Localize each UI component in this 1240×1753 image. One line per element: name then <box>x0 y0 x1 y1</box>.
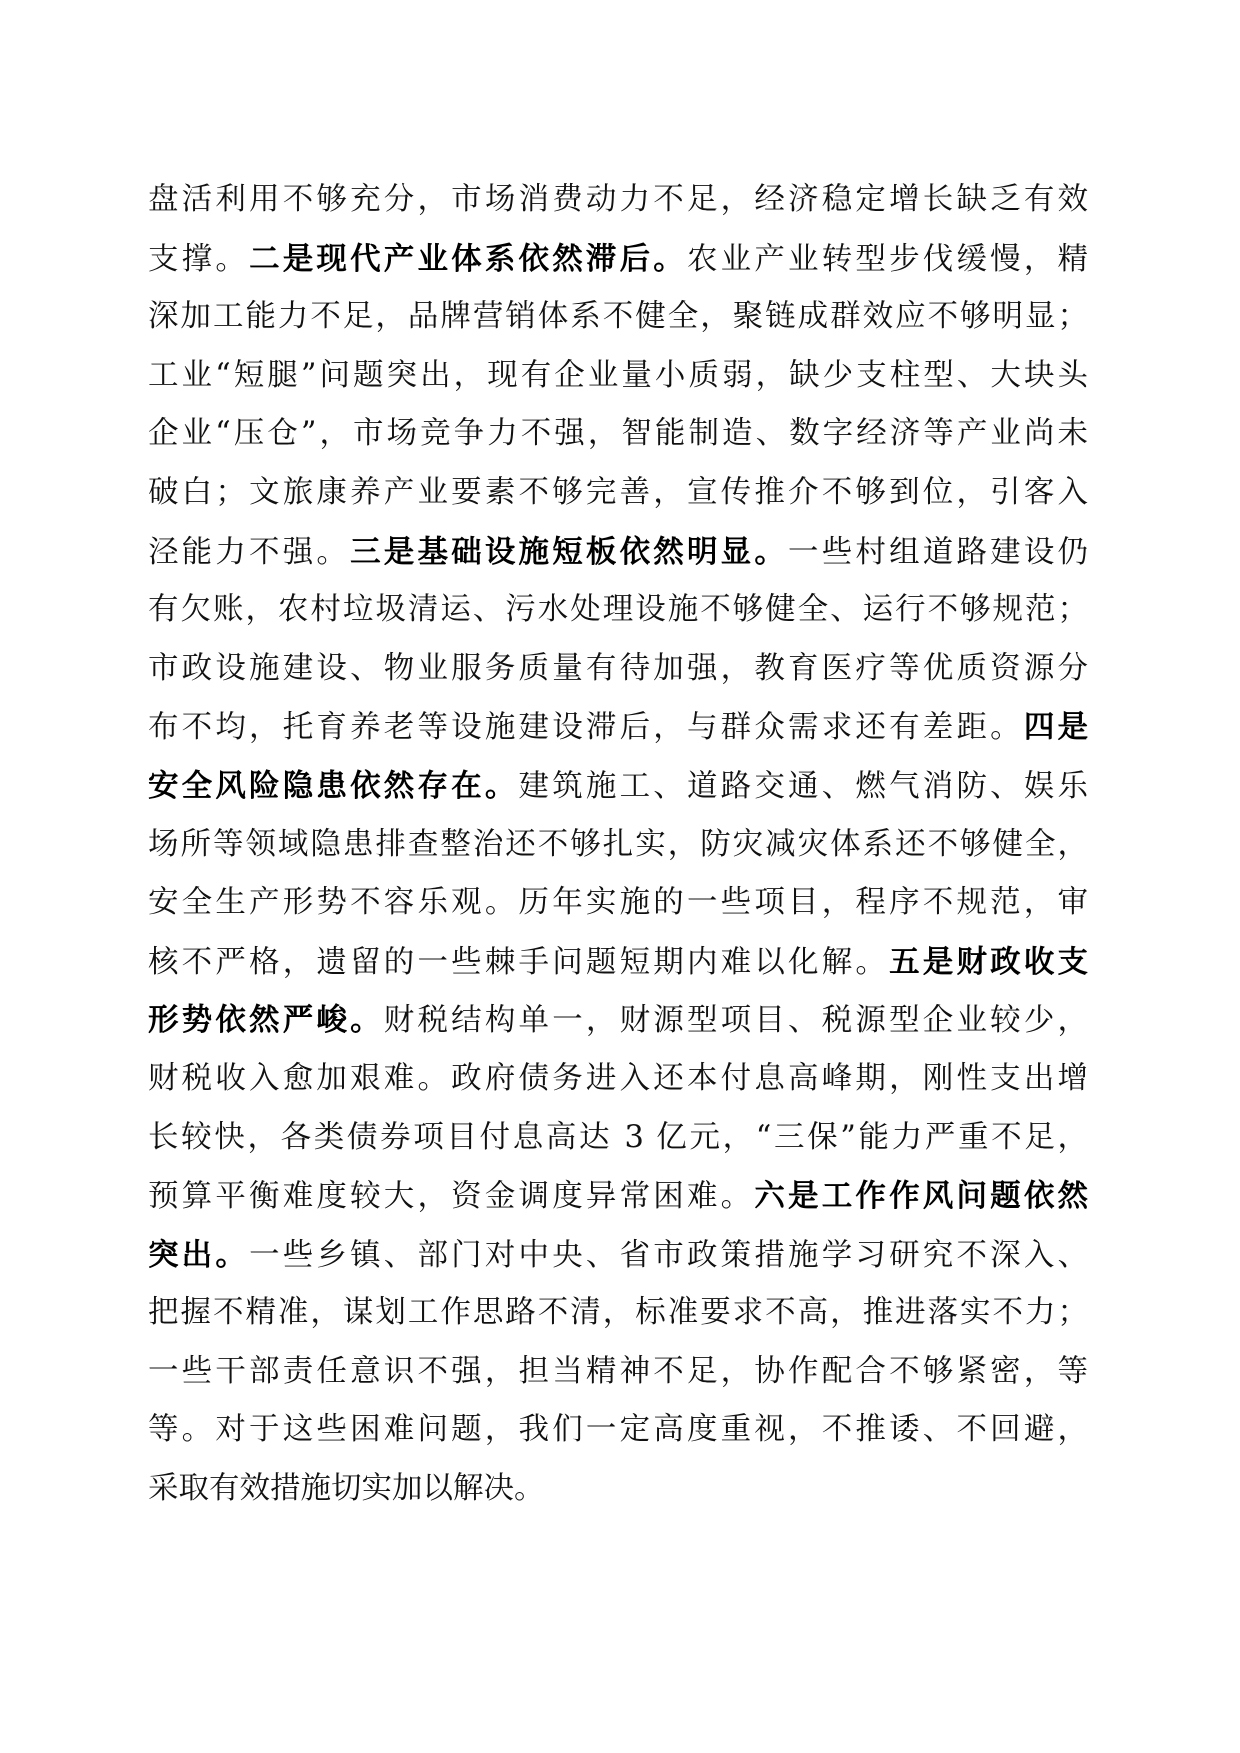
bold-heading-segment: 二是现代产业体系依然滞后。 <box>249 241 687 277</box>
text-line: 企业“压仓”，市场竞争力不强，智能制造、数字经济等产业尚未 <box>148 414 1088 473</box>
text-line: 支撑。二是现代产业体系依然滞后。农业产业转型步伐缓慢，精 <box>148 239 1088 298</box>
text-segment: 盘活利用不够充分，市场消费动力不足，经济稳定增长缺乏有效 <box>148 182 1088 217</box>
text-line: 形势依然严峻。财税结构单一，财源型项目、税源型企业较少， <box>148 1000 1088 1059</box>
text-segment: 深加工能力不足，品牌营销体系不健全，聚链成群效应不够明显； <box>148 299 1088 334</box>
text-segment: 场所等领域隐患排查整治还不够扎实，防灾减灾体系还不够健全， <box>148 827 1088 862</box>
text-segment: 农业产业转型步伐缓慢，精 <box>687 242 1088 277</box>
text-segment: 财税收入愈加艰难。政府债务进入还本付息高峰期，刚性支出增 <box>148 1061 1088 1096</box>
text-segment: 破白；文旅康养产业要素不够完善，宣传推介不够到位，引客入 <box>148 475 1088 510</box>
text-line: 长较快，各类债券项目付息高达 3 亿元，“三保”能力严重不足， <box>148 1118 1088 1177</box>
text-segment: 一些干部责任意识不强，担当精神不足，协作配合不够紧密，等 <box>148 1354 1088 1389</box>
text-segment: 支撑。 <box>148 242 249 277</box>
text-line: 盘活利用不够充分，市场消费动力不足，经济稳定增长缺乏有效 <box>148 180 1088 239</box>
text-segment: 采取有效措施切实加以解决。 <box>148 1471 545 1506</box>
text-line: 财税收入愈加艰难。政府债务进入还本付息高峰期，刚性支出增 <box>148 1059 1088 1118</box>
text-line: 安全生产形势不容乐观。历年实施的一些项目，程序不规范，审 <box>148 883 1088 942</box>
text-line: 泾能力不强。三是基础设施短板依然明显。一些村组道路建设仍 <box>148 532 1088 591</box>
text-segment: 一些乡镇、部门对中央、省市政策措施学习研究不深入、 <box>249 1238 1088 1273</box>
text-line: 布不均，托育养老等设施建设滞后，与群众需求还有差距。四是 <box>148 707 1088 766</box>
text-segment: 泾能力不强。 <box>148 535 350 570</box>
bold-heading-segment: 六是工作作风问题依然 <box>754 1178 1088 1214</box>
text-line: 采取有效措施切实加以解决。 <box>148 1469 1088 1528</box>
text-line: 安全风险隐患依然存在。建筑施工、道路交通、燃气消防、娱乐 <box>148 766 1088 825</box>
text-line: 场所等领域隐患排查整治还不够扎实，防灾减灾体系还不够健全， <box>148 825 1088 884</box>
bold-heading-segment: 形势依然严峻。 <box>148 1002 384 1038</box>
text-line: 深加工能力不足，品牌营销体系不健全，聚链成群效应不够明显； <box>148 297 1088 356</box>
text-segment: 安全生产形势不容乐观。历年实施的一些项目，程序不规范，审 <box>148 885 1088 920</box>
text-segment: 企业“压仓”，市场竞争力不强，智能制造、数字经济等产业尚未 <box>148 416 1088 451</box>
bold-heading-segment: 三是基础设施短板依然明显。 <box>350 534 788 570</box>
text-line: 有欠账，农村垃圾清运、污水处理设施不够健全、运行不够规范； <box>148 590 1088 649</box>
text-line: 破白；文旅康养产业要素不够完善，宣传推介不够到位，引客入 <box>148 473 1088 532</box>
text-segment: 把握不精准，谋划工作思路不清，标准要求不高，推进落实不力； <box>148 1295 1088 1330</box>
text-line: 突出。一些乡镇、部门对中央、省市政策措施学习研究不深入、 <box>148 1235 1088 1294</box>
document-page: 盘活利用不够充分，市场消费动力不足，经济稳定增长缺乏有效 支撑。二是现代产业体系… <box>0 0 1240 1753</box>
text-line: 把握不精准，谋划工作思路不清，标准要求不高，推进落实不力； <box>148 1293 1088 1352</box>
text-line: 等。对于这些困难问题，我们一定高度重视，不推诿、不回避， <box>148 1410 1088 1469</box>
text-line: 工业“短腿”问题突出，现有企业量小质弱，缺少支柱型、大块头 <box>148 356 1088 415</box>
text-segment: 长较快，各类债券项目付息高达 3 亿元，“三保”能力严重不足， <box>148 1120 1088 1155</box>
bold-heading-segment: 安全风险隐患依然存在。 <box>148 768 519 804</box>
text-segment: 一些村组道路建设仍 <box>788 535 1088 570</box>
bold-heading-segment: 突出。 <box>148 1237 249 1273</box>
text-segment: 市政设施建设、物业服务质量有待加强，教育医疗等优质资源分 <box>148 651 1088 686</box>
text-line: 预算平衡难度较大，资金调度异常困难。六是工作作风问题依然 <box>148 1176 1088 1235</box>
text-segment: 预算平衡难度较大，资金调度异常困难。 <box>148 1179 754 1214</box>
text-line: 市政设施建设、物业服务质量有待加强，教育医疗等优质资源分 <box>148 649 1088 708</box>
text-segment: 建筑施工、道路交通、燃气消防、娱乐 <box>519 769 1088 804</box>
text-segment: 等。对于这些困难问题，我们一定高度重视，不推诿、不回避， <box>148 1412 1088 1447</box>
text-segment: 财税结构单一，财源型项目、税源型企业较少， <box>384 1003 1088 1038</box>
text-segment: 布不均，托育养老等设施建设滞后，与群众需求还有差距。 <box>148 710 1024 745</box>
bold-heading-segment: 五是财政收支 <box>889 944 1088 980</box>
text-segment: 有欠账，农村垃圾清运、污水处理设施不够健全、运行不够规范； <box>148 592 1088 627</box>
body-paragraph: 盘活利用不够充分，市场消费动力不足，经济稳定增长缺乏有效 支撑。二是现代产业体系… <box>148 180 1088 1528</box>
text-segment: 工业“短腿”问题突出，现有企业量小质弱，缺少支柱型、大块头 <box>148 358 1088 393</box>
text-segment: 核不严格，遗留的一些棘手问题短期内难以化解。 <box>148 945 889 980</box>
text-line: 一些干部责任意识不强，担当精神不足，协作配合不够紧密，等 <box>148 1352 1088 1411</box>
bold-heading-segment: 四是 <box>1024 709 1088 745</box>
text-line: 核不严格，遗留的一些棘手问题短期内难以化解。五是财政收支 <box>148 942 1088 1001</box>
